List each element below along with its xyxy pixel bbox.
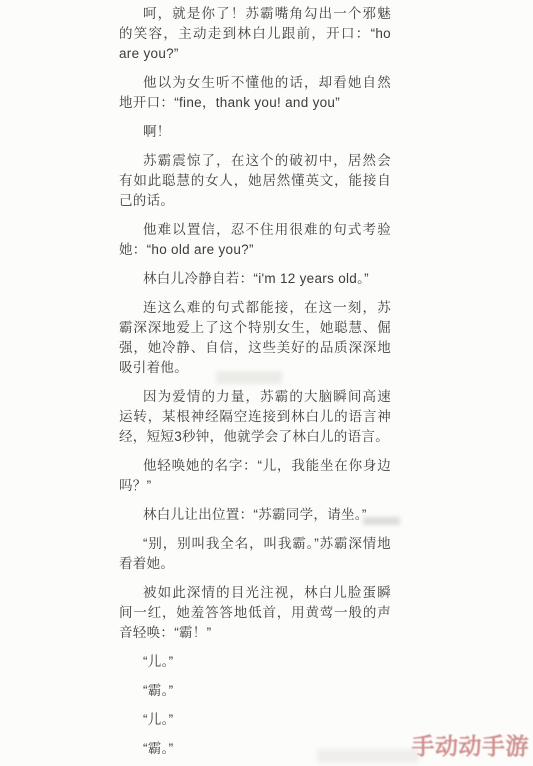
novel-reader-page: 呵，就是你了！苏霸嘴角勾出一个邪魅的笑容，主动走到林白儿跟前，开口：“ho ar… (0, 0, 533, 766)
story-paragraph: 呵，就是你了！苏霸嘴角勾出一个邪魅的笑容，主动走到林白儿跟前，开口：“ho ar… (119, 4, 391, 64)
story-paragraph: 他轻唤她的名字：“儿，我能坐在你身边吗？” (119, 456, 391, 496)
story-paragraph: “儿。” (119, 652, 391, 672)
site-watermark: 手动动手游 (412, 728, 530, 761)
story-text-column: 呵，就是你了！苏霸嘴角勾出一个邪魅的笑容，主动走到林白儿跟前，开口：“ho ar… (119, 4, 391, 766)
story-paragraph: 被如此深情的目光注视，林白儿脸蛋瞬间一红，她羞答答地低首，用黄莺一般的声音轻唤：… (119, 583, 391, 643)
story-paragraph: 连这么难的句式都能接，在这一刻，苏霸深深地爱上了这个特别女生，她聪慧、倔强，她冷… (119, 298, 391, 378)
story-paragraph: 林白儿让出位置：“苏霸同学，请坐。” (119, 505, 391, 525)
blurred-watermark-artifact (216, 371, 282, 384)
story-paragraph: 因为爱情的力量，苏霸的大脑瞬间高速运转，某根神经隔空连接到林白儿的语言神经，短短… (119, 387, 391, 447)
story-paragraph: 林白儿冷静自若：“i'm 12 years old。” (119, 269, 391, 289)
story-paragraph: “别，别叫我全名，叫我霸。”苏霸深情地看着她。 (119, 534, 391, 574)
story-paragraph: “霸。” (119, 681, 391, 701)
blurred-watermark-artifact (363, 517, 400, 525)
blurred-watermark-artifact (317, 749, 419, 763)
story-paragraph: 啊！ (119, 122, 391, 142)
story-paragraph: 苏霸震惊了，在这个的破初中，居然会有如此聪慧的女人，她居然懂英文，能接自己的话。 (119, 151, 391, 211)
story-paragraph: 他难以置信，忍不住用很难的句式考验她：“ho old are you?” (119, 220, 391, 260)
story-paragraph: 他以为女生听不懂他的话，却看她自然地开口：“fine，thank you! an… (119, 73, 391, 113)
story-paragraph: “儿。” (119, 710, 391, 730)
